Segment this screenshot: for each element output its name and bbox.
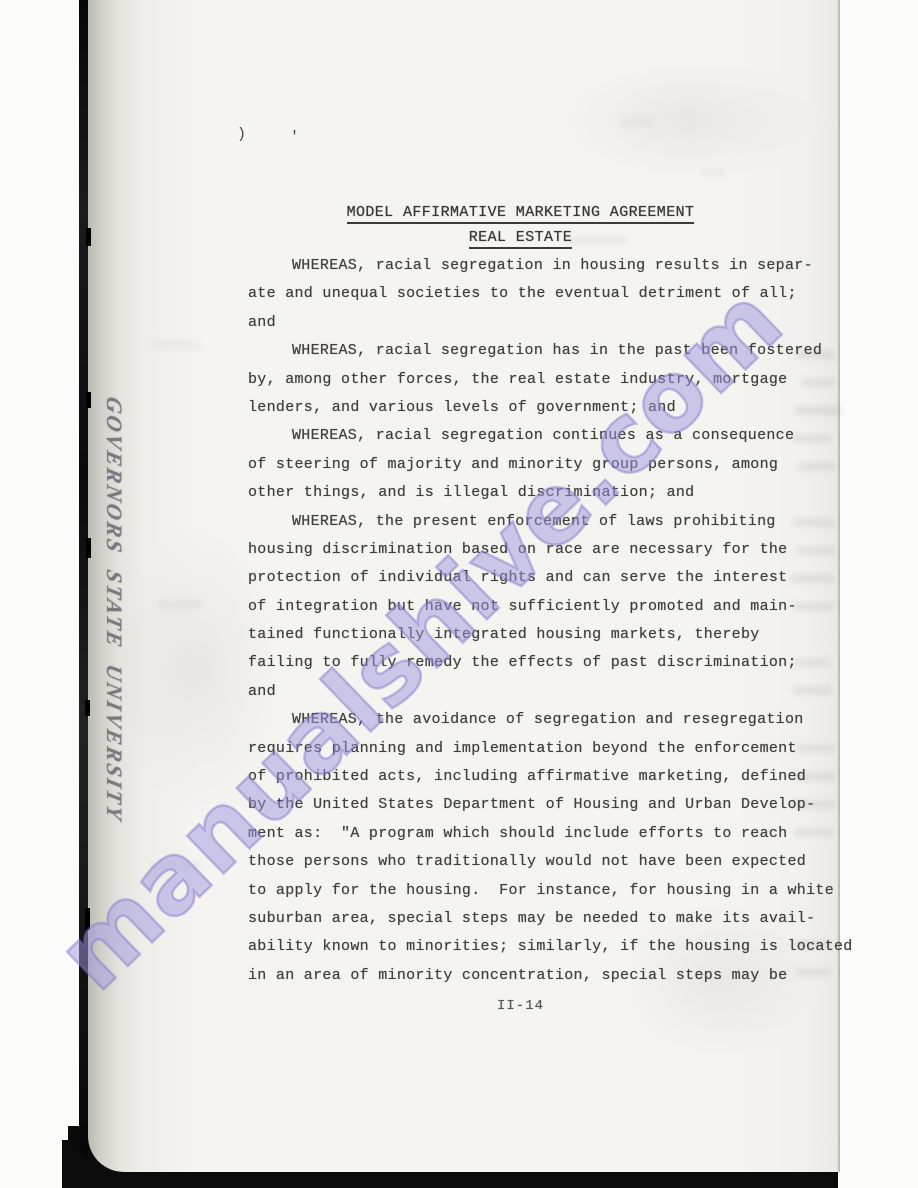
text-line: by the United States Department of Housi…	[248, 791, 808, 819]
text-line: other things, and is illegal discriminat…	[248, 479, 808, 507]
text-line: WHEREAS, the avoidance of segregation an…	[248, 706, 808, 734]
paragraph: WHEREAS, racial segregation in housing r…	[248, 252, 808, 337]
document-title: MODEL AFFIRMATIVE MARKETING AGREEMENT	[248, 203, 793, 224]
text-line: WHEREAS, racial segregation continues as…	[248, 422, 808, 450]
page-content: MODEL AFFIRMATIVE MARKETING AGREEMENT RE…	[0, 0, 918, 1188]
text-line: of integration but have not sufficiently…	[248, 593, 808, 621]
text-line: protection of individual rights and can …	[248, 564, 808, 592]
text-line: lenders, and various levels of governmen…	[248, 394, 808, 422]
text-line: those persons who traditionally would no…	[248, 848, 808, 876]
text-line: to apply for the housing. For instance, …	[248, 877, 808, 905]
text-line: WHEREAS, the present enforcement of laws…	[248, 508, 808, 536]
text-line: failing to fully remedy the effects of p…	[248, 649, 808, 677]
text-line: WHEREAS, racial segregation has in the p…	[248, 337, 808, 365]
paragraph: WHEREAS, racial segregation has in the p…	[248, 337, 808, 422]
text-line: ability known to minorities; similarly, …	[248, 933, 808, 961]
document-subtitle: REAL ESTATE	[248, 228, 793, 249]
scanned-document-page: MODEL AFFIRMATIVE MARKETING AGREEMENT RE…	[0, 0, 918, 1188]
text-line: and	[248, 309, 808, 337]
page-number: II-14	[248, 998, 793, 1014]
bleed-through-smudge	[150, 340, 202, 349]
document-body: WHEREAS, racial segregation in housing r…	[248, 252, 808, 990]
paragraph: WHEREAS, racial segregation continues as…	[248, 422, 808, 507]
text-line: housing discrimination based on race are…	[248, 536, 808, 564]
text-line: tained functionally integrated housing m…	[248, 621, 808, 649]
spine-university-stamp: GOVERNORS STATE UNIVERSITY	[97, 394, 127, 762]
paragraph: WHEREAS, the present enforcement of laws…	[248, 508, 808, 707]
text-line: WHEREAS, racial segregation in housing r…	[248, 252, 808, 280]
text-line: suburban area, special steps may be need…	[248, 905, 808, 933]
text-line: of prohibited acts, including affirmativ…	[248, 763, 808, 791]
text-line: of steering of majority and minority gro…	[248, 451, 808, 479]
stray-bracket-mark: )	[237, 126, 246, 143]
paragraph: WHEREAS, the avoidance of segregation an…	[248, 706, 808, 990]
document-title-block: MODEL AFFIRMATIVE MARKETING AGREEMENT RE…	[248, 203, 793, 253]
text-line: ment as: "A program which should include…	[248, 820, 808, 848]
text-line: in an area of minority concentration, sp…	[248, 962, 808, 990]
text-line: and	[248, 678, 808, 706]
stray-apostrophe-mark: '	[290, 129, 299, 146]
text-line: ate and unequal societies to the eventua…	[248, 280, 808, 308]
text-line: requires planning and implementation bey…	[248, 735, 808, 763]
bleed-through-smudge	[150, 862, 202, 871]
text-line: by, among other forces, the real estate …	[248, 366, 808, 394]
paper-blotch	[560, 60, 820, 180]
